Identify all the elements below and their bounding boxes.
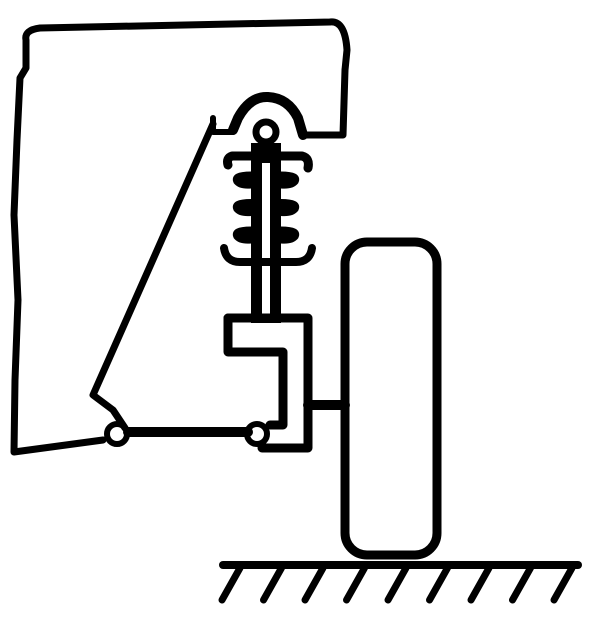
suspension-diagram: Vehicle independent suspension (strut ty… (0, 0, 600, 633)
spring-coil (281, 229, 297, 241)
spring-coil (235, 202, 251, 214)
spring-coil (235, 229, 251, 241)
spring-coil (235, 174, 251, 186)
strut-rod (251, 143, 281, 323)
spring-coil (281, 202, 297, 214)
spring-coil (281, 174, 297, 186)
strut-slot (262, 163, 270, 318)
diagram-canvas (0, 0, 600, 633)
